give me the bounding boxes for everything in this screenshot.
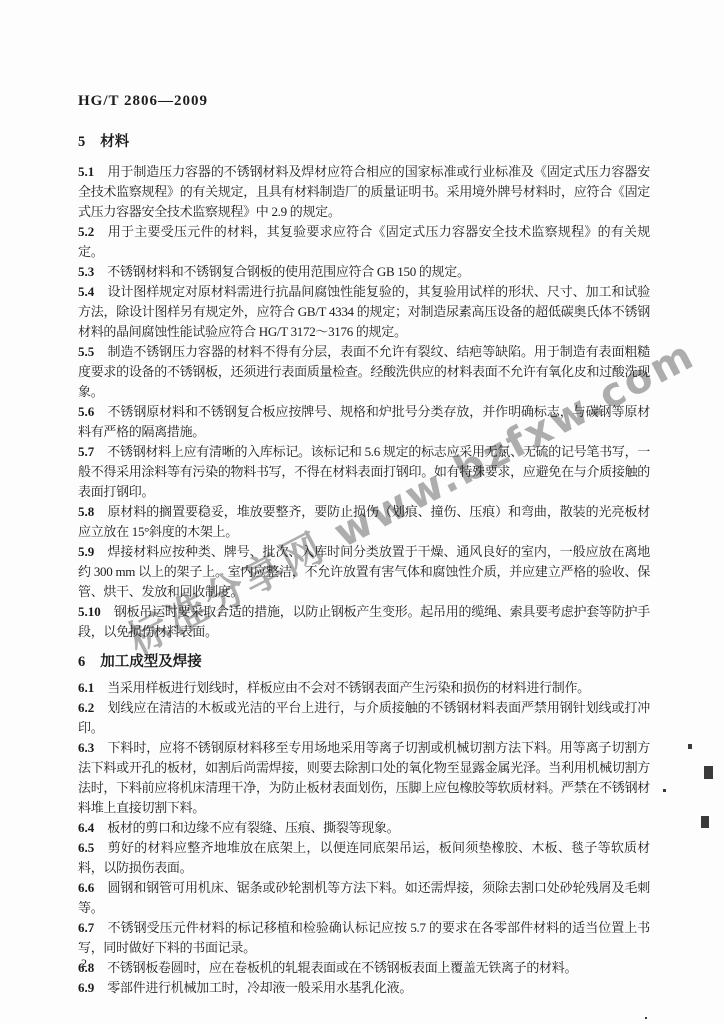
clause-number: 5.10 (78, 604, 114, 619)
clause-number: 5.2 (78, 224, 107, 239)
clause-text: 焊接材料应按种类、牌号、批次、入库时间分类放置于干燥、通风良好的室内，一般应放在… (78, 544, 650, 599)
clause-5-1: 5.1用于制造压力容器的不锈钢材料及焊材应符合相应的国家标准或行业标准及《固定式… (78, 162, 650, 222)
clause-text: 制造不锈钢压力容器的材料不得有分层，表面不允许有裂纹、结疤等缺陷。用于制造有表面… (78, 344, 650, 399)
clause-text: 零部件进行机械加工时，冷却液一般采用水基乳化液。 (107, 980, 412, 995)
clause-5-6: 5.6不锈钢原材料和不锈钢复合板应按牌号、规格和炉批号分类存放，并作明确标志，与… (78, 402, 650, 442)
clause-text: 不锈钢原材料和不锈钢复合板应按牌号、规格和炉批号分类存放，并作明确标志，与碳钢等… (78, 404, 650, 439)
section-number: 6 (78, 654, 100, 670)
clause-text: 原材料的搁置要稳妥，堆放要整齐，要防止损伤（划痕、撞伤、压痕）和弯曲，散装的光亮… (78, 504, 650, 539)
clause-text: 圆钢和钢管可用机床、锯条或砂轮割机等方法下料。如还需焊接，须除去割口处砂轮残屑及… (78, 880, 650, 915)
clause-number: 5.6 (78, 404, 107, 419)
clause-number: 5.5 (78, 344, 107, 359)
clause-6-1: 6.1当采用样板进行划线时，样板应由不会对不锈钢表面产生污染和损伤的材料进行制作… (78, 678, 650, 698)
clause-text: 用于主要受压元件的材料，其复验要求应符合《固定式压力容器安全技术监察规程》的有关… (78, 224, 650, 259)
clause-number: 5.4 (78, 284, 107, 299)
scan-artifact (663, 789, 666, 792)
scan-artifact (701, 816, 709, 828)
clause-text: 当采用样板进行划线时，样板应由不会对不锈钢表面产生污染和损伤的材料进行制作。 (107, 680, 590, 695)
clause-number: 5.7 (78, 444, 107, 459)
clause-number: 6.1 (78, 680, 107, 695)
clause-5-3: 5.3不锈钢材料和不锈钢复合钢板的使用范围应符合 GB 150 的规定。 (78, 262, 650, 282)
clause-number: 6.4 (78, 820, 107, 835)
clause-6-9: 6.9零部件进行机械加工时，冷却液一般采用水基乳化液。 (78, 978, 650, 998)
clause-6-5: 6.5剪好的材料应整齐地堆放在底架上，以便连同底架吊运，板间须垫橡胶、木板、毯子… (78, 838, 650, 878)
clause-text: 不锈钢材料和不锈钢复合钢板的使用范围应符合 GB 150 的规定。 (107, 264, 469, 279)
page-number: 2 (81, 956, 87, 971)
scan-artifact (704, 766, 713, 779)
clause-number: 6.2 (78, 700, 107, 715)
clause-number: 6.5 (78, 840, 107, 855)
document-body: HG/T 2806—2009 5材料 5.1用于制造压力容器的不锈钢材料及焊材应… (78, 92, 650, 998)
clause-number: 5.1 (78, 164, 107, 179)
clause-5-9: 5.9焊接材料应按种类、牌号、批次、入库时间分类放置于干燥、通风良好的室内，一般… (78, 542, 650, 602)
clause-text: 不锈钢板卷圆时，应在卷板机的轧辊表面或在不锈钢板表面上覆盖无铁离子的材料。 (107, 960, 577, 975)
clause-text: 用于制造压力容器的不锈钢材料及焊材应符合相应的国家标准或行业标准及《固定式压力容… (78, 164, 650, 219)
clause-6-8: 6.8不锈钢板卷圆时，应在卷板机的轧辊表面或在不锈钢板表面上覆盖无铁离子的材料。 (78, 958, 650, 978)
clause-5-4: 5.4设计图样规定对原材料需进行抗晶间腐蚀性能复验的，其复验用试样的形状、尺寸、… (78, 282, 650, 342)
clause-number: 6.9 (78, 980, 107, 995)
clause-text: 下料时，应将不锈钢原材料移至专用场地采用等离子切割或机械切割方法下料。用等离子切… (78, 740, 650, 815)
clause-number: 6.3 (78, 740, 107, 755)
scan-artifact (688, 744, 692, 749)
section-heading-materials: 5材料 (78, 132, 650, 152)
clause-text: 板材的剪口和边缘不应有裂缝、压痕、撕裂等现象。 (107, 820, 399, 835)
scan-artifact (645, 1017, 647, 1019)
clause-6-3: 6.3下料时，应将不锈钢原材料移至专用场地采用等离子切割或机械切割方法下料。用等… (78, 738, 650, 818)
section-title: 加工成型及焊接 (100, 654, 202, 670)
clause-5-10: 5.10钢板吊运时要采取合适的措施，以防止钢板产生变形。起吊用的缆绳、索具要考虑… (78, 602, 650, 642)
standard-number: HG/T 2806—2009 (78, 92, 650, 110)
clause-6-7: 6.7不锈钢受压元件材料的标记移植和检验确认标记应按 5.7 的要求在各零部件材… (78, 918, 650, 958)
clause-5-2: 5.2用于主要受压元件的材料，其复验要求应符合《固定式压力容器安全技术监察规程》… (78, 222, 650, 262)
clause-number: 6.7 (78, 920, 107, 935)
clause-text: 钢板吊运时要采取合适的措施，以防止钢板产生变形。起吊用的缆绳、索具要考虑护套等防… (78, 604, 650, 639)
clause-6-2: 6.2划线应在清洁的木板或光洁的平台上进行，与介质接触的不锈钢材料表面严禁用钢针… (78, 698, 650, 738)
document-page: 标准分享网 www.bzfxw.com HG/T 2806—2009 5材料 5… (0, 0, 724, 1024)
clause-text: 划线应在清洁的木板或光洁的平台上进行，与介质接触的不锈钢材料表面严禁用钢针划线或… (78, 700, 650, 735)
clause-5-8: 5.8原材料的搁置要稳妥，堆放要整齐，要防止损伤（划痕、撞伤、压痕）和弯曲，散装… (78, 502, 650, 542)
section-heading-forming-welding: 6加工成型及焊接 (78, 652, 650, 672)
clause-number: 5.9 (78, 544, 107, 559)
clause-text: 设计图样规定对原材料需进行抗晶间腐蚀性能复验的，其复验用试样的形状、尺寸、加工和… (78, 284, 650, 339)
clause-5-7: 5.7不锈钢材料上应有清晰的入库标记。该标记和 5.6 规定的标志应采用无氯、无… (78, 442, 650, 502)
clause-number: 5.8 (78, 504, 107, 519)
clause-5-5: 5.5制造不锈钢压力容器的材料不得有分层，表面不允许有裂纹、结疤等缺陷。用于制造… (78, 342, 650, 402)
clause-6-6: 6.6圆钢和钢管可用机床、锯条或砂轮割机等方法下料。如还需焊接，须除去割口处砂轮… (78, 878, 650, 918)
section-title: 材料 (100, 134, 129, 150)
clause-6-4: 6.4板材的剪口和边缘不应有裂缝、压痕、撕裂等现象。 (78, 818, 650, 838)
clause-text: 剪好的材料应整齐地堆放在底架上，以便连同底架吊运，板间须垫橡胶、木板、毯子等软质… (78, 840, 650, 875)
section-number: 5 (78, 134, 100, 150)
clause-number: 6.6 (78, 880, 107, 895)
clause-text: 不锈钢材料上应有清晰的入库标记。该标记和 5.6 规定的标志应采用无氯、无硫的记… (78, 444, 650, 499)
clause-number: 5.3 (78, 264, 107, 279)
clause-text: 不锈钢受压元件材料的标记移植和检验确认标记应按 5.7 的要求在各零部件材料的适… (78, 920, 650, 955)
